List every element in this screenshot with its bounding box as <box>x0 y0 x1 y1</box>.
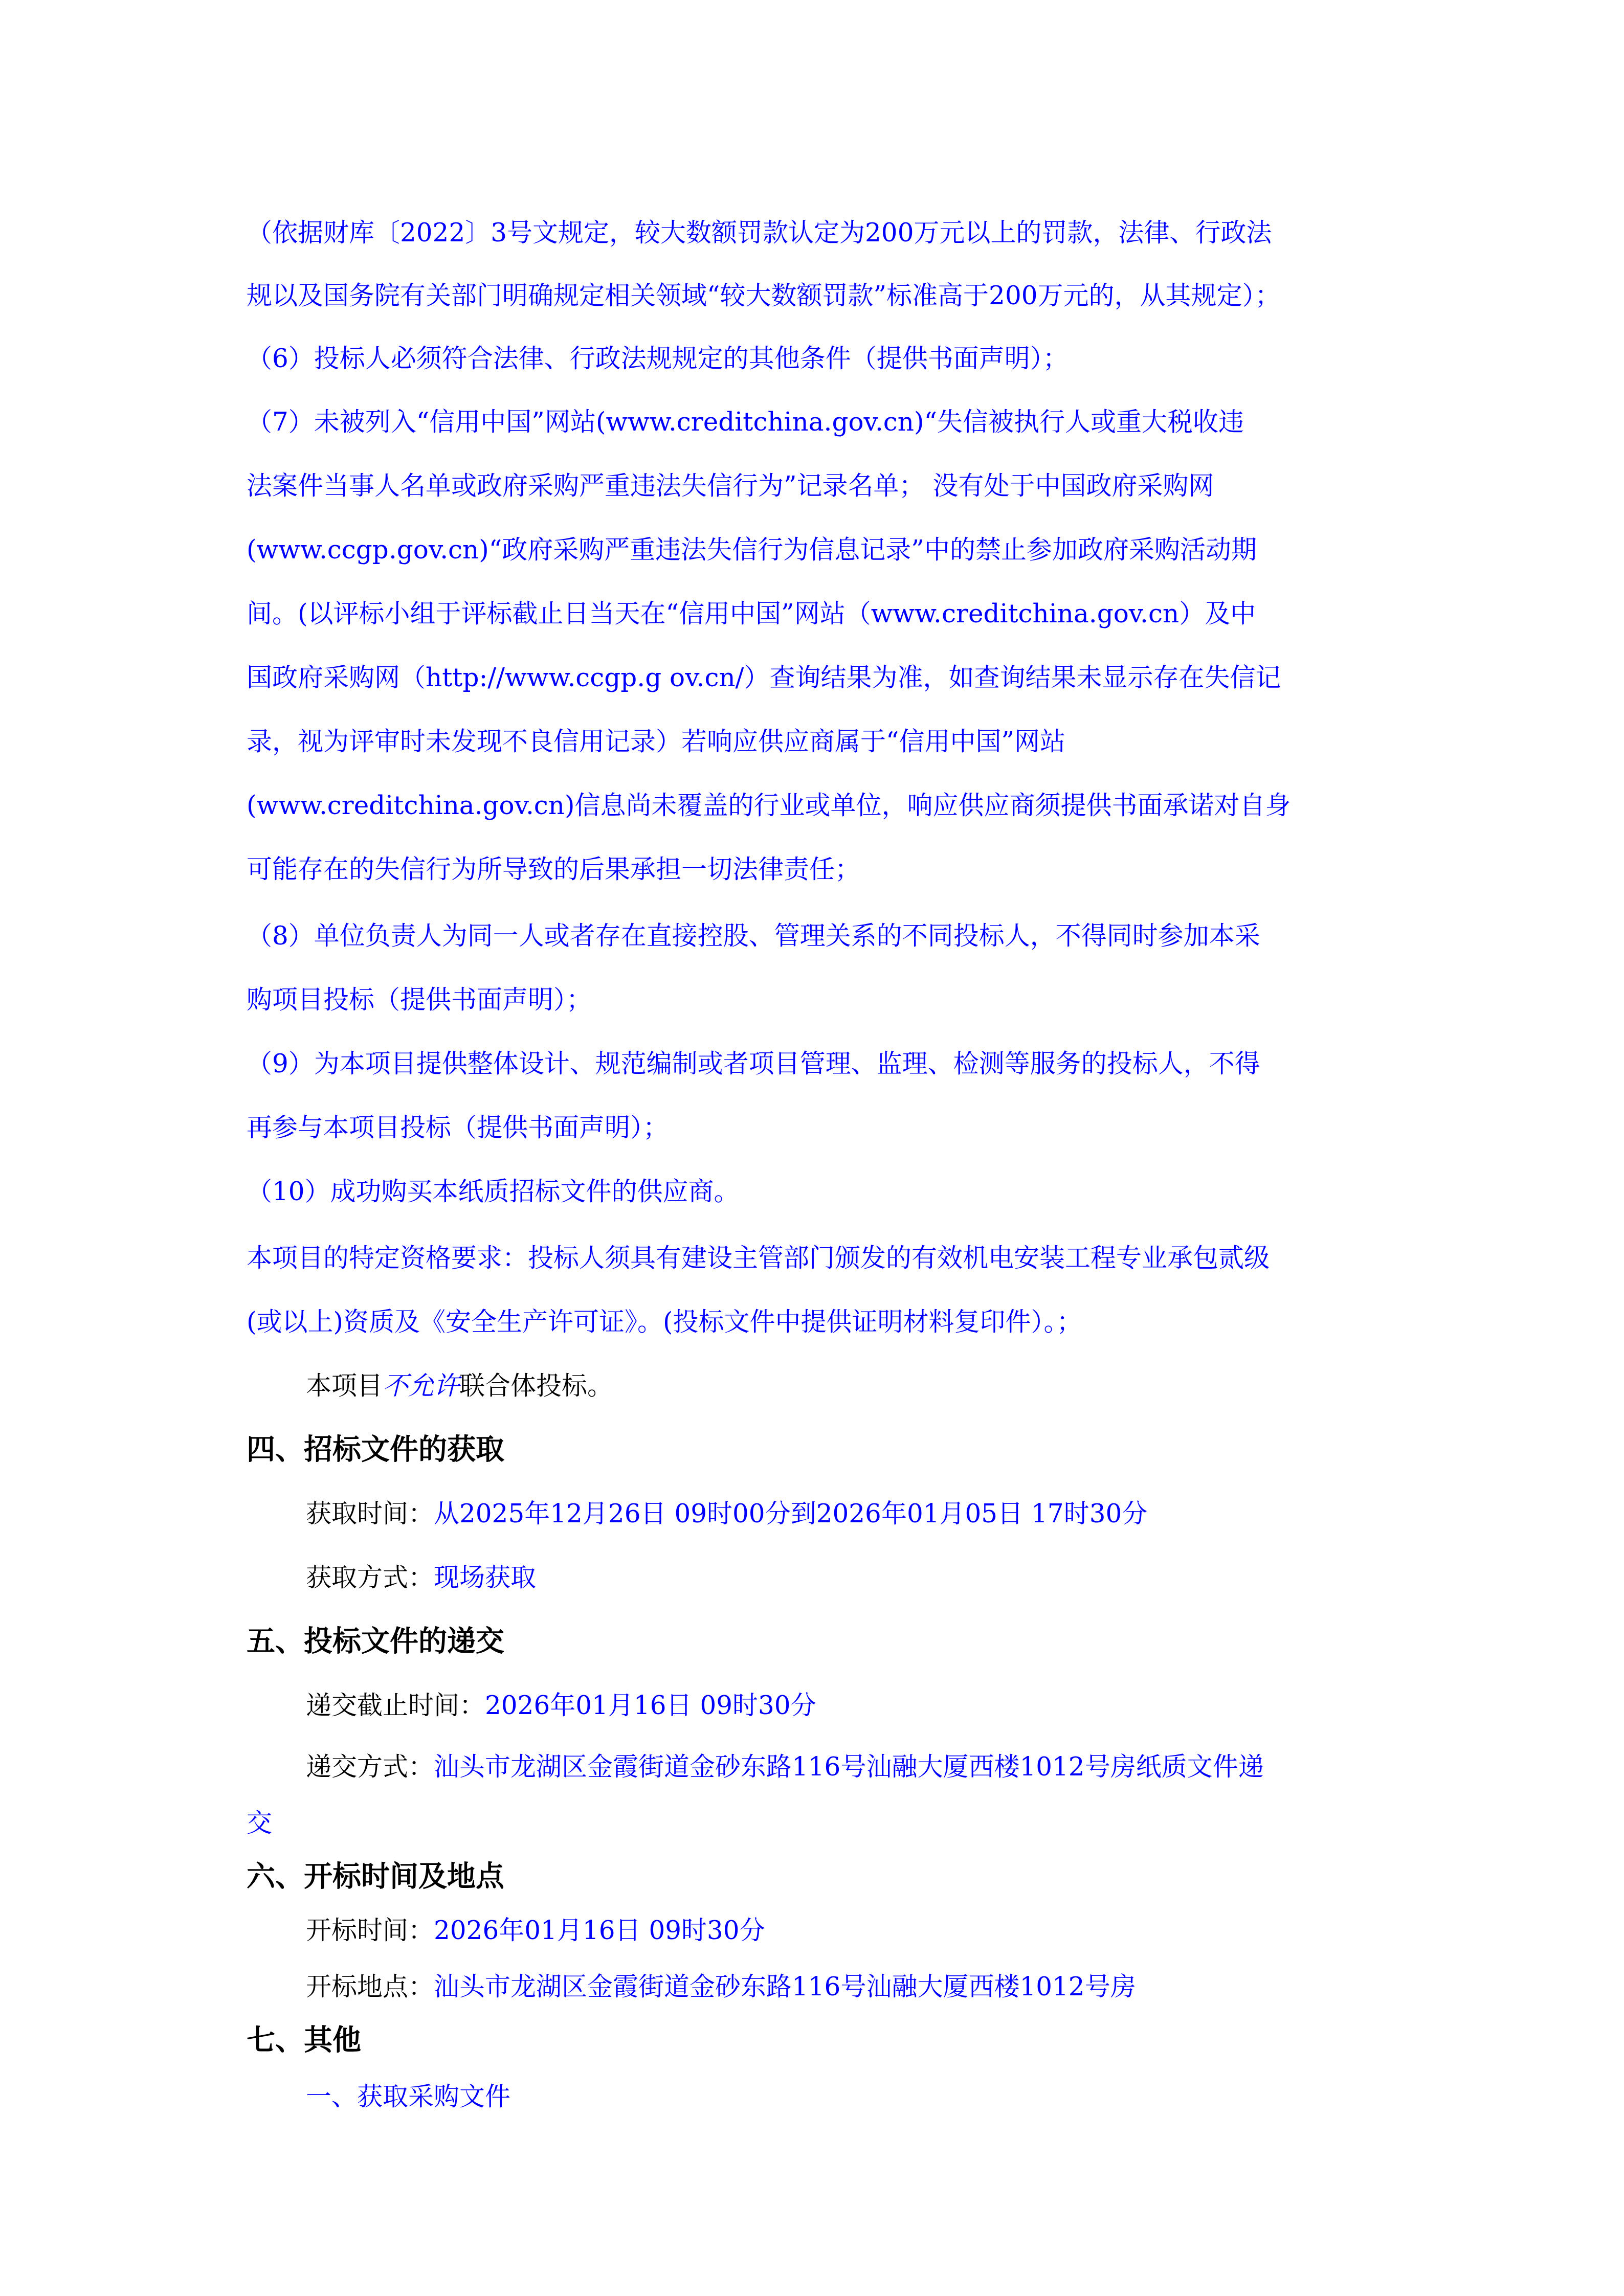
qualification-item-8: （8）单位负责人为同一人或者存在直接控股、管理关系的不同投标人，不得同时参加本采 <box>247 920 1387 951</box>
opening-place: 开标地点：汕头市龙湖区金霞街道金砂东路116号汕融大厦西楼1012号房 <box>306 1971 1447 2002</box>
acquisition-method-label: 获取方式： <box>306 1563 434 1592</box>
submission-method-continued: 交 <box>247 1808 1387 1838</box>
acquisition-time: 获取时间：从2025年12月26日 09时00分到2026年01月05日 17时… <box>306 1498 1447 1529</box>
qualification-item-10: （10）成功购买本纸质招标文件的供应商。 <box>247 1176 1387 1207</box>
consortium-statement: 本项目不允许联合体投标。 <box>306 1370 1447 1401</box>
qualification-item-9: （9）为本项目提供整体设计、规范编制或者项目管理、监理、检测等服务的投标人，不得 <box>247 1048 1387 1079</box>
other-sub-item: 一、获取采购文件 <box>306 2081 1447 2112</box>
acquisition-method-value: 现场获取 <box>434 1563 536 1592</box>
qualification-line: 再参与本项目投标（提供书面声明）； <box>247 1112 1387 1143</box>
qualification-line: 法案件当事人名单或政府采购严重违法失信行为”记录名单； 没有处于中国政府采购网 <box>247 470 1387 501</box>
opening-time-label: 开标时间： <box>306 1916 434 1945</box>
qualification-line: (www.ccgp.gov.cn)“政府采购严重违法失信行为信息记录”中的禁止参… <box>247 534 1387 565</box>
submission-deadline-value: 2026年01月16日 09时30分 <box>485 1691 816 1720</box>
submission-method: 递交方式：汕头市龙湖区金霞街道金砂东路116号汕融大厦西楼1012号房纸质文件递 <box>306 1751 1447 1782</box>
qualification-line: (www.creditchina.gov.cn)信息尚未覆盖的行业或单位，响应供… <box>247 790 1387 821</box>
opening-place-label: 开标地点： <box>306 1972 434 2001</box>
consortium-suffix: 联合体投标。 <box>459 1371 613 1401</box>
qualification-line: 购项目投标（提供书面声明）； <box>247 984 1387 1015</box>
qualification-line: 录，视为评审时未发现不良信用记录）若响应供应商属于“信用中国”网站 <box>247 726 1387 757</box>
section-heading-7: 七、其他 <box>247 2023 361 2057</box>
consortium-prefix: 本项目 <box>306 1371 383 1401</box>
section-heading-4: 四、招标文件的获取 <box>247 1433 504 1467</box>
qualification-line: 国政府采购网（http://www.ccgp.g ov.cn/）查询结果为准，如… <box>247 662 1387 693</box>
opening-time: 开标时间：2026年01月16日 09时30分 <box>306 1915 1447 1946</box>
submission-deadline-label: 递交截止时间： <box>306 1691 485 1720</box>
acquisition-method: 获取方式：现场获取 <box>306 1562 1447 1593</box>
qualification-line: 规以及国务院有关部门明确规定相关领域“较大数额罚款”标准高于200万元的，从其规… <box>247 280 1387 311</box>
submission-method-label: 递交方式： <box>306 1752 434 1782</box>
specific-qualification: 本项目的特定资格要求：投标人须具有建设主管部门颁发的有效机电安装工程专业承包贰级 <box>247 1243 1387 1273</box>
consortium-value: 不允许 <box>383 1371 459 1401</box>
qualification-line: 可能存在的失信行为所导致的后果承担一切法律责任； <box>247 854 1387 885</box>
acquisition-time-value: 从2025年12月26日 09时00分到2026年01月05日 17时30分 <box>434 1499 1147 1528</box>
document-page: （依据财库〔2022〕3号文规定，较大数额罚款认定为200万元以上的罚款，法律、… <box>0 0 1624 2296</box>
opening-place-value: 汕头市龙湖区金霞街道金砂东路116号汕融大厦西楼1012号房 <box>434 1972 1136 2001</box>
opening-time-value: 2026年01月16日 09时30分 <box>434 1916 765 1945</box>
submission-deadline: 递交截止时间：2026年01月16日 09时30分 <box>306 1690 1447 1721</box>
submission-method-value: 汕头市龙湖区金霞街道金砂东路116号汕融大厦西楼1012号房纸质文件递 <box>434 1752 1264 1782</box>
section-heading-6: 六、开标时间及地点 <box>247 1860 504 1894</box>
acquisition-time-label: 获取时间： <box>306 1499 434 1528</box>
specific-qualification: (或以上)资质及《安全生产许可证》。(投标文件中提供证明材料复印件）。； <box>247 1307 1387 1337</box>
qualification-line: 间。(以评标小组于评标截止日当天在“信用中国”网站（www.creditchin… <box>247 598 1387 629</box>
section-heading-5: 五、投标文件的递交 <box>247 1625 504 1658</box>
qualification-item-7: （7）未被列入“信用中国”网站(www.creditchina.gov.cn)“… <box>247 407 1387 437</box>
qualification-line: （依据财库〔2022〕3号文规定，较大数额罚款认定为200万元以上的罚款，法律、… <box>247 217 1387 248</box>
qualification-item-6: （6）投标人必须符合法律、行政法规规定的其他条件（提供书面声明）； <box>247 343 1387 374</box>
